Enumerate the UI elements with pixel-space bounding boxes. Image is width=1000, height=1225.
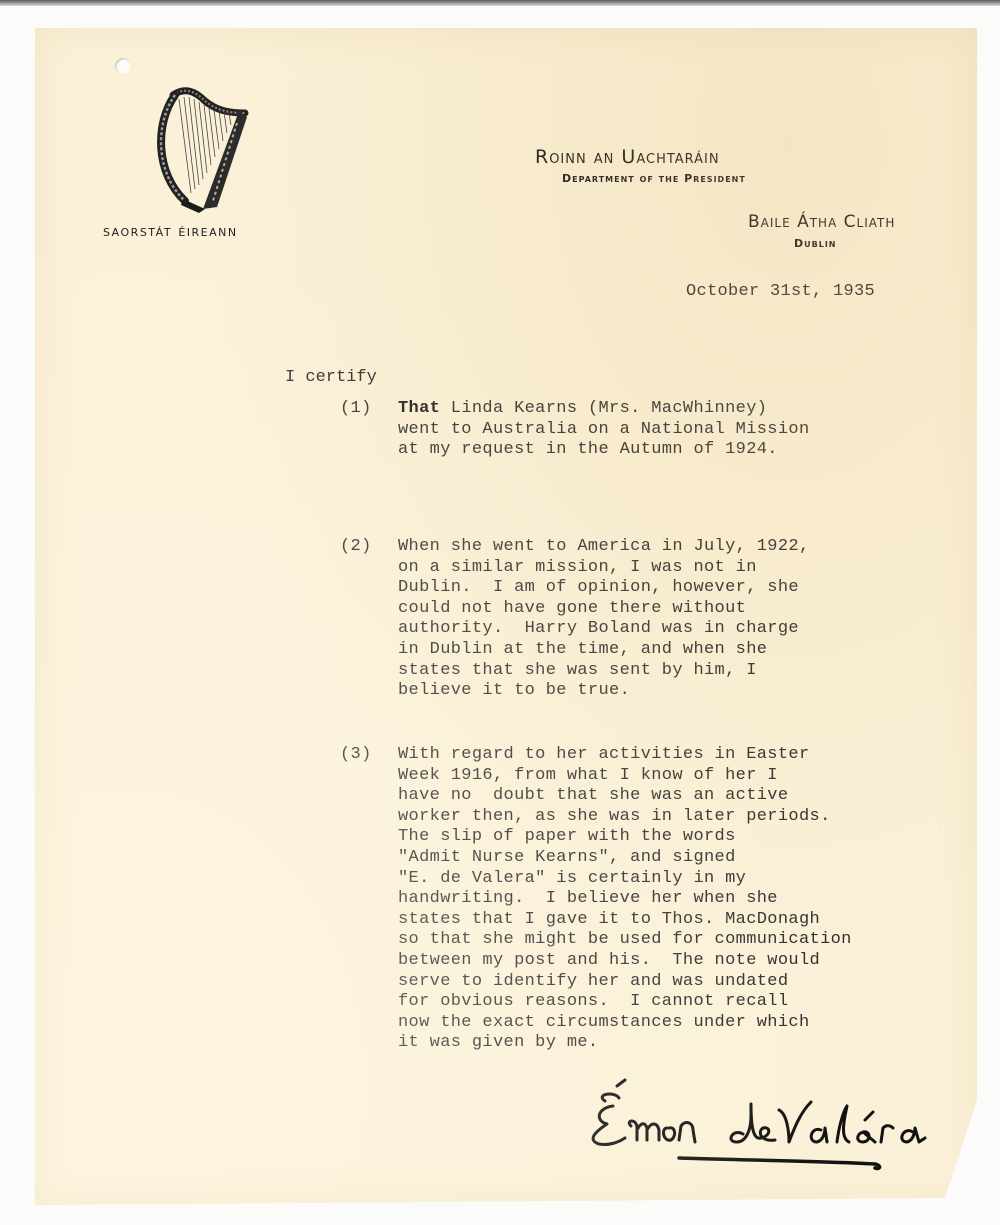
letter-page: saorstát éireann Roinn an Uachtaráin Dep… xyxy=(35,28,977,1205)
harp-emblem-icon xyxy=(155,83,255,213)
department-name-irish: Roinn an Uachtaráin xyxy=(535,146,720,168)
item-text: With regard to her activities in Easter … xyxy=(398,745,852,1054)
state-name: saorstát éireann xyxy=(103,222,238,240)
letter-opening: I certify xyxy=(285,368,377,387)
letter-date: October 31st, 1935 xyxy=(686,282,875,301)
punch-hole xyxy=(115,58,131,74)
item-number: (3) xyxy=(340,745,372,766)
item-lead-word: That xyxy=(398,399,440,418)
item-number: (1) xyxy=(340,399,372,420)
scan-top-edge xyxy=(0,0,1000,6)
city-name-english: Dublin xyxy=(794,237,837,250)
item-text: When she went to America in July, 1922, … xyxy=(398,537,810,702)
city-name-irish: Baile Átha Cliath xyxy=(748,212,895,232)
item-number: (2) xyxy=(340,537,372,558)
item-body: Linda Kearns (Mrs. MacWhinney) went to A… xyxy=(398,399,810,459)
item-text: That Linda Kearns (Mrs. MacWhinney) went… xyxy=(398,399,810,461)
department-name-english: Department of the President xyxy=(562,172,746,185)
handwritten-signature: Éamon de Valéra xyxy=(575,1076,975,1171)
